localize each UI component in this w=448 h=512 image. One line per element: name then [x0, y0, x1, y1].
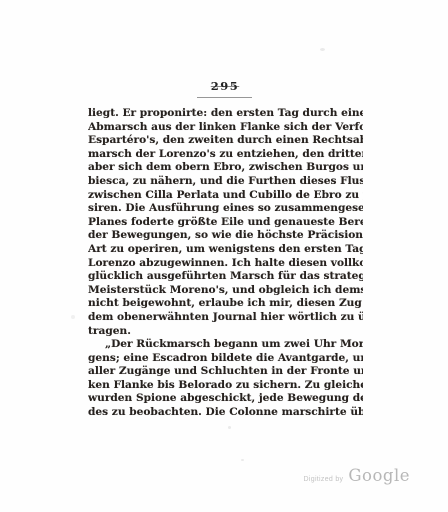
scan-speck: [320, 48, 325, 51]
text-line: aller Zugänge und Schluchten in der Fron…: [88, 365, 363, 379]
text-line: Lorenzo abzugewinnen. Ich halte diesen v…: [88, 257, 363, 271]
text-line: liegt. Er proponirte: den ersten Tag dur…: [88, 107, 363, 121]
page-number-rule: [197, 97, 252, 98]
text-line: der Bewegungen, so wie die höchste Präci…: [88, 229, 363, 243]
scan-speck: [228, 426, 231, 429]
text-line-paragraph-start: „Der Rückmarsch begann um zwei Uhr Mor-: [88, 338, 363, 352]
text-line: Art zu operiren, um wenigstens den erste…: [88, 243, 363, 257]
text-line: gens; eine Escadron bildete die Avantgar…: [88, 352, 363, 366]
text-line: zwischen Cilla Perlata und Cubillo de Eb…: [88, 189, 363, 203]
text-line: glücklich ausgeführten Marsch für das st…: [88, 270, 363, 284]
page-number: 295: [88, 79, 362, 93]
text-line: aber sich dem obern Ebro, zwischen Burgo…: [88, 161, 363, 175]
text-line: Abmarsch aus der linken Flanke sich der …: [88, 121, 363, 135]
digitized-by-label: Digitized by: [304, 476, 344, 483]
scan-speck: [241, 459, 244, 461]
text-line: biesca, zu nähern, und die Furthen diese…: [88, 175, 363, 189]
text-line: wurden Spione abgeschickt, jede Bewegung…: [88, 392, 363, 406]
book-page-scan: 295 liegt. Er proponirte: den ersten Tag…: [0, 0, 448, 512]
text-line: Planes foderte größte Eile und genaueste…: [88, 216, 363, 230]
google-digitization-watermark: Digitized by Google: [304, 466, 410, 485]
text-line: ken Flanke bis Belorado zu sichern. Zu g…: [88, 379, 363, 393]
text-line-paragraph-end: tragen.: [88, 325, 363, 339]
text-line: siren. Die Ausführung eines so zusammeng…: [88, 202, 363, 216]
text-line: Espartéro's, den zweiten durch einen Rec…: [88, 134, 363, 148]
scan-speck: [71, 315, 75, 319]
text-line: nicht beigewohnt, erlaube ich mir, diese…: [88, 297, 363, 311]
text-line: marsch der Lorenzo's zu entziehen, den d…: [88, 148, 363, 162]
text-line: des zu beobachten. Die Colonne marschirt…: [88, 406, 363, 420]
text-line: dem obenerwähnten Journal hier wörtlich …: [88, 311, 363, 325]
google-logo: Google: [348, 466, 410, 485]
text-line: Meisterstück Moreno's, und obgleich ich …: [88, 284, 363, 298]
body-text: liegt. Er proponirte: den ersten Tag dur…: [88, 107, 363, 420]
